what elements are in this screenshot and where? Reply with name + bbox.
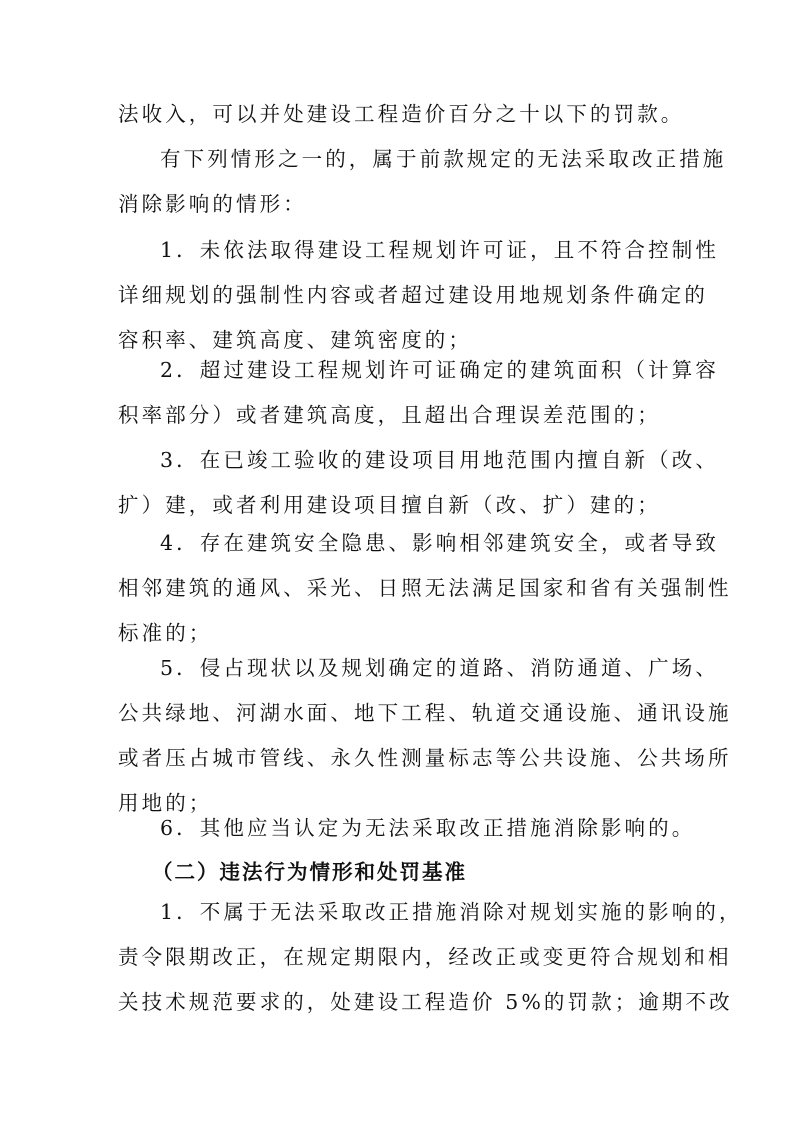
paragraph-line: 法收入，可以并处建设工程造价百分之十以下的罚款。	[118, 100, 678, 128]
list-item-line: 5．侵占现状以及规划确定的道路、消防通道、广场、	[160, 654, 720, 682]
list-item-line: 积率部分）或者建筑高度，且超出合理误差范围的；	[118, 401, 678, 429]
paragraph-line: 消除影响的情形：	[118, 190, 678, 218]
list-item-line: 关技术规范要求的，处建设工程造价 5%的罚款；逾期不改	[118, 988, 678, 1016]
list-item-line: 容积率、建筑高度、建筑密度的；	[118, 326, 678, 354]
list-item-line: 或者压占城市管线、永久性测量标志等公共设施、公共场所	[118, 744, 678, 772]
paragraph-line: 有下列情形之一的，属于前款规定的无法采取改正措施	[160, 145, 720, 173]
list-item-line: 1．未依法取得建设工程规划许可证，且不符合控制性	[160, 236, 720, 264]
list-item-line: 6．其他应当认定为无法采取改正措施消除影响的。	[160, 814, 720, 842]
list-item-line: 3．在已竣工验收的建设项目用地范围内擅自新（改、	[160, 446, 720, 474]
list-item-line: 相邻建筑的通风、采光、日照无法满足国家和省有关强制性	[118, 574, 678, 602]
list-item-line: 责令限期改正，在规定期限内，经改正或变更符合规划和相	[118, 943, 678, 971]
list-item-line: 4．存在建筑安全隐患、影响相邻建筑安全，或者导致	[160, 529, 720, 557]
list-item-line: 扩）建，或者利用建设项目擅自新（改、扩）建的；	[118, 491, 678, 519]
section-heading: （二）违法行为情形和处罚基准	[152, 858, 712, 886]
list-item-line: 标准的；	[118, 619, 678, 647]
list-item-line: 详细规划的强制性内容或者超过建设用地规划条件确定的	[118, 281, 678, 309]
list-item-line: 2．超过建设工程规划许可证确定的建筑面积（计算容	[160, 356, 720, 384]
list-item-line: 公共绿地、河湖水面、地下工程、轨道交通设施、通讯设施	[118, 699, 678, 727]
list-item-line: 用地的；	[118, 789, 678, 817]
document-page: 法收入，可以并处建设工程造价百分之十以下的罚款。 有下列情形之一的，属于前款规定…	[0, 0, 793, 1122]
list-item-line: 1．不属于无法采取改正措施消除对规划实施的影响的，	[160, 898, 720, 926]
